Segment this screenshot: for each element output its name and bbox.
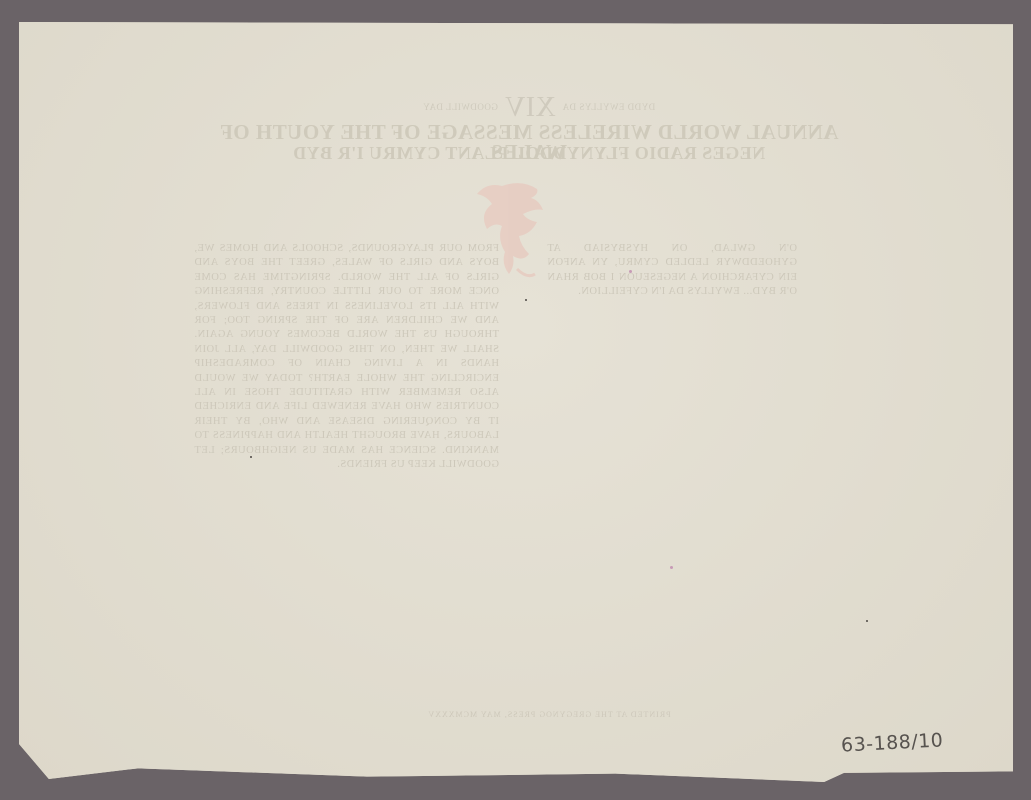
paper-speck bbox=[629, 270, 632, 273]
paper-speck bbox=[250, 456, 252, 458]
handwritten-catalog-number: 63-188/10 bbox=[840, 729, 943, 756]
english-column: From our playgrounds, schools and homes … bbox=[194, 242, 499, 473]
document-page: Dydd Ewyllys Da XIV Goodwill Day Annual … bbox=[19, 22, 1013, 782]
subtitle-welsh: Dydd Ewyllys Da bbox=[563, 102, 656, 112]
subtitle-english: Goodwill Day bbox=[423, 102, 498, 112]
title-welsh: Neges Radio Flynyddol Plant Cymru i'r By… bbox=[189, 143, 869, 164]
welsh-column: O'n gwlad, on hysbysiad at gyhoeddwyr le… bbox=[547, 242, 797, 300]
paper-speck bbox=[525, 299, 527, 301]
paper-speck bbox=[866, 620, 868, 622]
printer-colophon: Printed at the Gregynog Press, May MCMXX… bbox=[359, 710, 739, 719]
roman-numeral: XIV bbox=[505, 92, 556, 123]
paper-speck bbox=[670, 566, 673, 569]
